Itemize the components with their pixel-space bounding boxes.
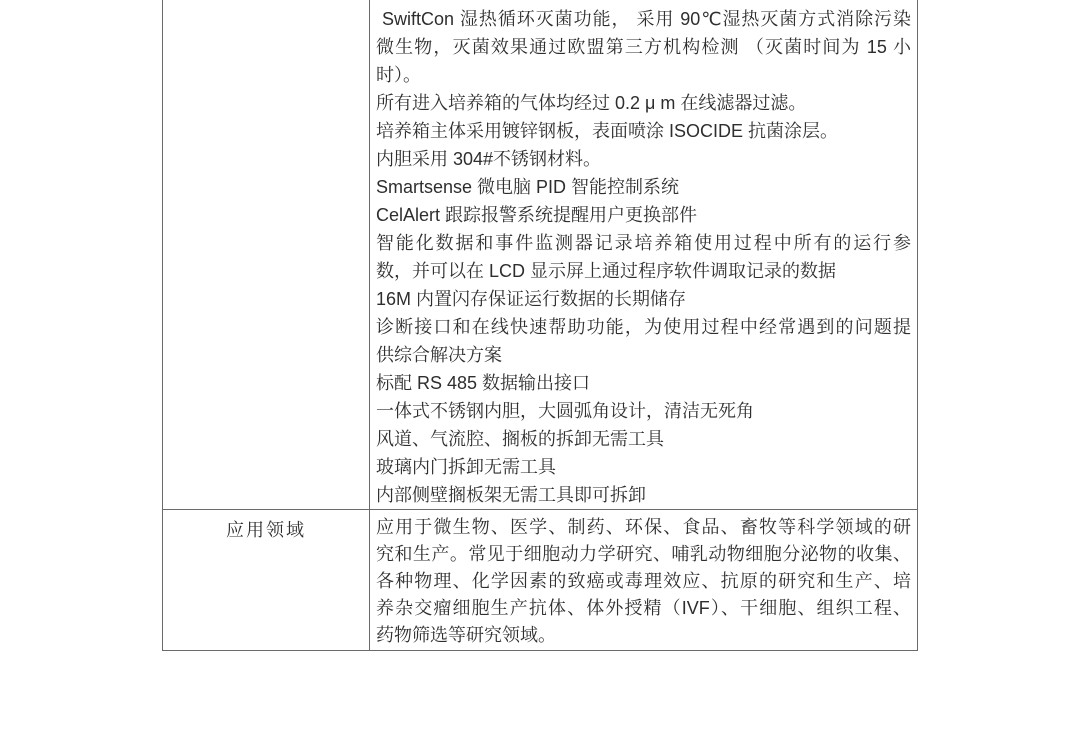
row-label-cell: 应用领域 (163, 510, 369, 650)
row-content-cell: SwiftCon 湿热循环灭菌功能， 采用 90℃湿热灭菌方式消除污染微生物，灭… (369, 0, 917, 509)
text-line: 玻璃内门拆卸无需工具 (376, 453, 911, 481)
text-line: 药物筛选等研究领域。 (376, 622, 911, 649)
text-line: 数，并可以在 LCD 显示屏上通过程序软件调取记录的数据 (376, 257, 911, 285)
row-content-cell: 应用于微生物、医学、制药、环保、食品、畜牧等科学领域的研究和生产。常见于细胞动力… (369, 510, 917, 650)
document-page: SwiftCon 湿热循环灭菌功能， 采用 90℃湿热灭菌方式消除污染微生物，灭… (0, 0, 1080, 736)
text-line: CelAlert 跟踪报警系统提醒用户更换部件 (376, 201, 911, 229)
text-line: 究和生产。常见于细胞动力学研究、哺乳动物细胞分泌物的收集、 (376, 541, 911, 568)
text-line: SwiftCon 湿热循环灭菌功能， 采用 90℃湿热灭菌方式消除污染 (376, 5, 911, 33)
text-line: 16M 内置闪存保证运行数据的长期储存 (376, 285, 911, 313)
text-line: 微生物，灭菌效果通过欧盟第三方机构检测 （灭菌时间为 15 小 (376, 33, 911, 61)
text-line: 时）。 (376, 61, 911, 89)
text-line: 内胆采用 304#不锈钢材料。 (376, 145, 911, 173)
text-line: Smartsense 微电脑 PID 智能控制系统 (376, 173, 911, 201)
text-line: 供综合解决方案 (376, 341, 911, 369)
product-spec-table: SwiftCon 湿热循环灭菌功能， 采用 90℃湿热灭菌方式消除污染微生物，灭… (162, 0, 918, 651)
text-line: 智能化数据和事件监测器记录培养箱使用过程中所有的运行参 (376, 229, 911, 257)
text-line: 培养箱主体采用镀锌钢板，表面喷涂 ISOCIDE 抗菌涂层。 (376, 117, 911, 145)
text-line: 养杂交瘤细胞生产抗体、体外授精（IVF）、干细胞、组织工程、 (376, 595, 911, 622)
table-row-application: 应用领域 应用于微生物、医学、制药、环保、食品、畜牧等科学领域的研究和生产。常见… (163, 510, 917, 651)
text-line: 内部侧壁搁板架无需工具即可拆卸 (376, 481, 911, 509)
text-line: 风道、气流腔、搁板的拆卸无需工具 (376, 425, 911, 453)
row-label-cell (163, 0, 369, 509)
table-row-features: SwiftCon 湿热循环灭菌功能， 采用 90℃湿热灭菌方式消除污染微生物，灭… (163, 0, 917, 510)
text-line: 一体式不锈钢内胆，大圆弧角设计，清洁无死角 (376, 397, 911, 425)
text-line: 所有进入培养箱的气体均经过 0.2 μ m 在线滤器过滤。 (376, 89, 911, 117)
text-line: 诊断接口和在线快速帮助功能，为使用过程中经常遇到的问题提 (376, 313, 911, 341)
text-line: 应用于微生物、医学、制药、环保、食品、畜牧等科学领域的研 (376, 514, 911, 541)
text-line: 标配 RS 485 数据输出接口 (376, 369, 911, 397)
text-line: 各种物理、化学因素的致癌或毒理效应、抗原的研究和生产、培 (376, 568, 911, 595)
